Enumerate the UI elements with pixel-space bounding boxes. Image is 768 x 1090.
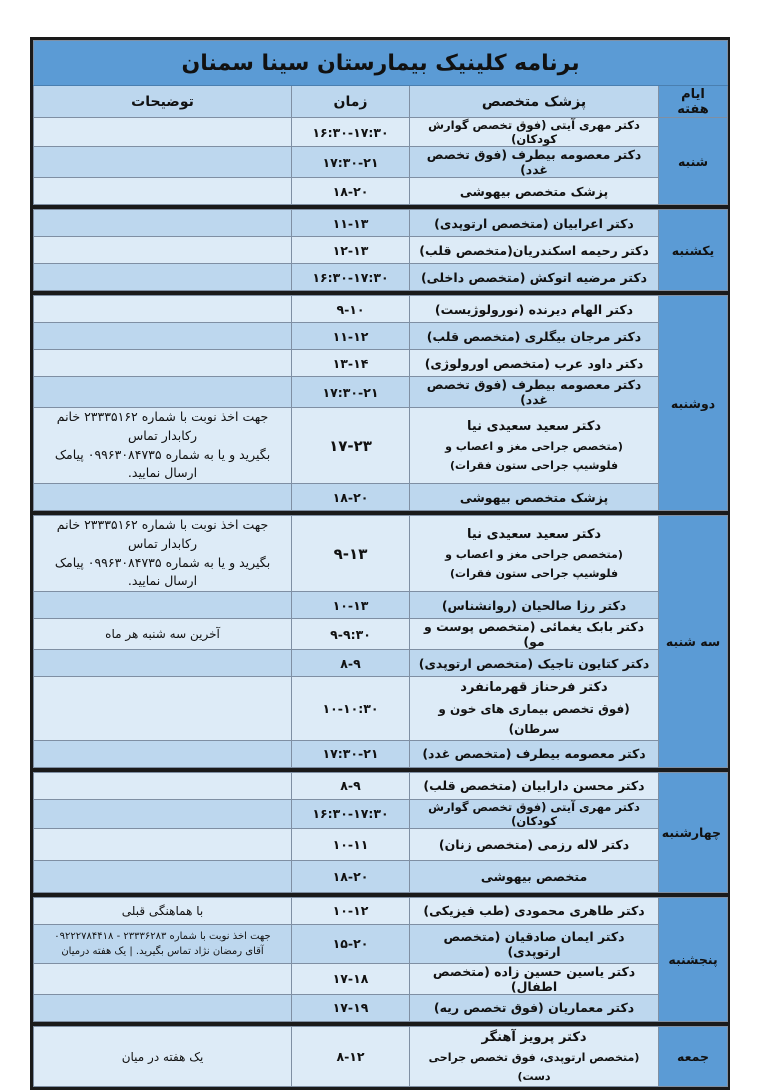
time-cell: ۱۰-۱۱	[292, 828, 410, 860]
doctor-specialty: فلوشیپ جراحی ستون فقرات)	[416, 457, 652, 476]
doctor-cell: دکتر الهام دیرنده (نورولوژیست)	[410, 296, 659, 323]
doctor-cell: دکتر معصومه بیطرف (فوق تخصص غدد)	[410, 147, 659, 178]
notes-line: بگیرید و یا به شماره ۰۹۹۶۳۰۸۴۷۳۵ پیامک ا…	[40, 554, 285, 592]
doctor-cell: دکتر معماریان (فوق تخصص ریه)	[410, 994, 659, 1021]
doctor-cell: پزشک متخصص بیهوشی	[410, 484, 659, 511]
doctor-cell: دکتر معصومه بیطرف (فوق تخصص غدد)	[410, 377, 659, 408]
notes-line: جهت اخذ نوبت با شماره ۲۳۳۳۵۱۶۲ خانم رکاب…	[40, 408, 285, 446]
time-cell: ۱۶:۳۰-۱۷:۳۰	[292, 264, 410, 291]
doctor-cell: دکتر کتایون تاجیک (متخصص ارتوپدی)	[410, 650, 659, 677]
table-row: دکتر یاسین حسین زاده (متخصص اطفال) ۱۷-۱۸	[34, 963, 728, 994]
doctor-cell: دکتر مهری آیتی (فوق تخصص گوارش کودکان)	[410, 118, 659, 147]
time-cell: ۱۷-۱۹	[292, 994, 410, 1021]
notes-cell	[34, 799, 292, 828]
table-row: دکتر سعید سعیدی نیا (متخصص جراحی مغز و ا…	[34, 408, 728, 484]
notes-cell	[34, 860, 292, 892]
notes-line: جهت اخذ نوبت با شماره ۲۳۳۳۵۱۶۲ خانم رکاب…	[40, 516, 285, 554]
doctor-cell: دکتر فرحناز قهرمانفرد (فوق تخصص بیماری ه…	[410, 677, 659, 741]
table-row: دکتر لاله رزمی (متخصص زنان) ۱۰-۱۱	[34, 828, 728, 860]
table-row: چهارشنبه دکتر محسن دارابیان (متخصص قلب) …	[34, 772, 728, 799]
doctor-cell: دکتر محسن دارابیان (متخصص قلب)	[410, 772, 659, 799]
doctor-cell: دکتر مرجان بیگلری (متخصص قلب)	[410, 323, 659, 350]
doctor-specialty: (متخصص جراحی مغز و اعصاب و	[416, 438, 652, 457]
notes-cell	[34, 178, 292, 205]
time-cell: ۱۷:۳۰-۲۱	[292, 377, 410, 408]
table-row: پزشک متخصص بیهوشی ۱۸-۲۰	[34, 178, 728, 205]
notes-cell	[34, 350, 292, 377]
time-cell: ۱۸-۲۰	[292, 178, 410, 205]
doctor-name: دکتر فرحناز قهرمانفرد	[416, 677, 652, 699]
time-cell: ۱۰-۱۲	[292, 897, 410, 924]
notes-cell: جهت اخذ نوبت با شماره ۲۳۳۳۶۲۸۳ - ۰۹۲۲۲۷۸…	[34, 924, 292, 963]
table-row: دکتر مرضیه اتوکش (متخصص داخلی) ۱۶:۳۰-۱۷:…	[34, 264, 728, 291]
notes-cell	[34, 377, 292, 408]
time-cell: ۱۳-۱۴	[292, 350, 410, 377]
day-wednesday: چهارشنبه	[659, 772, 728, 892]
doctor-specialty: (متخصص ارتوپدی، فوق تخصص جراحی دست)	[416, 1049, 652, 1086]
notes-cell	[34, 592, 292, 619]
notes-line: جهت اخذ نوبت با شماره ۲۳۳۳۶۲۸۳ - ۰۹۲۲۲۷۸…	[40, 929, 285, 944]
notes-cell	[34, 147, 292, 178]
notes-cell	[34, 828, 292, 860]
time-cell: ۹-۱۰	[292, 296, 410, 323]
time-cell: ۱۷:۳۰-۲۱	[292, 147, 410, 178]
notes-cell	[34, 650, 292, 677]
notes-cell	[34, 963, 292, 994]
notes-cell	[34, 210, 292, 237]
table-row: سه شنبه دکتر سعید سعیدی نیا (متخصص جراحی…	[34, 516, 728, 592]
time-cell: ۱۰-۱۳	[292, 592, 410, 619]
notes-cell	[34, 772, 292, 799]
doctor-cell: دکتر مهری آیتی (فوق تخصص گوارش کودکان)	[410, 799, 659, 828]
doctor-cell: دکتر سعید سعیدی نیا (متخصص جراحی مغز و ا…	[410, 408, 659, 484]
notes-cell	[34, 296, 292, 323]
time-cell: ۱۷:۳۰-۲۱	[292, 740, 410, 767]
notes-cell: یک هفته در میان	[34, 1026, 292, 1086]
doctor-cell: دکتر مرضیه اتوکش (متخصص داخلی)	[410, 264, 659, 291]
day-sunday: یکشنبه	[659, 210, 728, 291]
notes-cell: آخرین سه شنبه هر ماه	[34, 619, 292, 650]
doctor-cell: دکتر رزا صالحیان (روانشناس)	[410, 592, 659, 619]
header-day: ایام هفته	[659, 86, 728, 118]
header-doctor: پزشک متخصص	[410, 86, 659, 118]
table-row: پزشک متخصص بیهوشی ۱۸-۲۰	[34, 484, 728, 511]
time-cell: ۸-۱۲	[292, 1026, 410, 1086]
time-cell: ۱۰-۱۰:۳۰	[292, 677, 410, 741]
time-cell: ۱۷-۲۳	[292, 408, 410, 484]
time-cell: ۱۲-۱۳	[292, 237, 410, 264]
table-row: دوشنبه دکتر الهام دیرنده (نورولوژیست) ۹-…	[34, 296, 728, 323]
table-row: دکتر معماریان (فوق تخصص ریه) ۱۷-۱۹	[34, 994, 728, 1021]
doctor-cell: دکتر بابک یغمائی (متخصص پوست و مو)	[410, 619, 659, 650]
time-cell: ۱۸-۲۰	[292, 484, 410, 511]
time-cell: ۱۷-۱۸	[292, 963, 410, 994]
doctor-name: دکتر سعید سعیدی نیا	[416, 524, 652, 546]
table-row: شنبه دکتر مهری آیتی (فوق تخصص گوارش کودک…	[34, 118, 728, 147]
table-row: متخصص بیهوشی ۱۸-۲۰	[34, 860, 728, 892]
time-cell: ۸-۹	[292, 650, 410, 677]
notes-cell	[34, 484, 292, 511]
table-row: دکتر رزا صالحیان (روانشناس) ۱۰-۱۳	[34, 592, 728, 619]
notes-cell	[34, 677, 292, 741]
time-cell: ۹-۱۳	[292, 516, 410, 592]
header-time: زمان	[292, 86, 410, 118]
time-cell: ۹-۹:۳۰	[292, 619, 410, 650]
table-row: دکتر داود عرب (متخصص اورولوژی) ۱۳-۱۴	[34, 350, 728, 377]
time-cell: ۱۶:۳۰-۱۷:۳۰	[292, 799, 410, 828]
day-thursday: پنجشنبه	[659, 897, 728, 1021]
doctor-cell: دکتر ایمان صادقیان (متخصص ارتوپدی)	[410, 924, 659, 963]
doctor-cell: دکتر داود عرب (متخصص اورولوژی)	[410, 350, 659, 377]
doctor-cell: پزشک متخصص بیهوشی	[410, 178, 659, 205]
time-cell: ۱۸-۲۰	[292, 860, 410, 892]
time-cell: ۱۵-۲۰	[292, 924, 410, 963]
table-row: دکتر معصومه بیطرف (فوق تخصص غدد) ۱۷:۳۰-۲…	[34, 147, 728, 178]
notes-cell	[34, 740, 292, 767]
doctor-cell: دکتر سعید سعیدی نیا (متخصص جراحی مغز و ا…	[410, 516, 659, 592]
doctor-cell: دکتر یاسین حسین زاده (متخصص اطفال)	[410, 963, 659, 994]
header-notes: توضیحات	[34, 86, 292, 118]
doctor-cell: دکتر رحیمه اسکندریان(متخصص قلب)	[410, 237, 659, 264]
table-row: جمعه دکتر پرویز آهنگر (متخصص ارتوپدی، فو…	[34, 1026, 728, 1086]
page-title: برنامه کلینیک بیمارستان سینا سمنان	[34, 41, 728, 86]
doctor-cell: متخصص بیهوشی	[410, 860, 659, 892]
doctor-cell: دکتر اعرابیان (متخصص ارتوپدی)	[410, 210, 659, 237]
table-row: پنجشنبه دکتر طاهری محمودی (طب فیزیکی) ۱۰…	[34, 897, 728, 924]
notes-line: آقای رمضان نژاد تماس بگیرید. | یک هفته د…	[40, 944, 285, 959]
table-row: دکتر معصومه بیطرف (متخصص غدد) ۱۷:۳۰-۲۱	[34, 740, 728, 767]
table-row: دکتر فرحناز قهرمانفرد (فوق تخصص بیماری ه…	[34, 677, 728, 741]
day-friday: جمعه	[659, 1026, 728, 1086]
time-cell: ۸-۹	[292, 772, 410, 799]
notes-cell	[34, 118, 292, 147]
doctor-name: دکتر سعید سعیدی نیا	[416, 416, 652, 438]
notes-cell	[34, 264, 292, 291]
table-row: دکتر کتایون تاجیک (متخصص ارتوپدی) ۸-۹	[34, 650, 728, 677]
time-cell: ۱۱-۱۲	[292, 323, 410, 350]
notes-cell: جهت اخذ نوبت با شماره ۲۳۳۳۵۱۶۲ خانم رکاب…	[34, 516, 292, 592]
table-row: یکشنبه دکتر اعرابیان (متخصص ارتوپدی) ۱۱-…	[34, 210, 728, 237]
notes-cell: جهت اخذ نوبت با شماره ۲۳۳۳۵۱۶۲ خانم رکاب…	[34, 408, 292, 484]
doctor-cell: دکتر معصومه بیطرف (متخصص غدد)	[410, 740, 659, 767]
day-monday: دوشنبه	[659, 296, 728, 511]
notes-cell	[34, 323, 292, 350]
schedule-table: برنامه کلینیک بیمارستان سینا سمنان ایام …	[33, 40, 728, 1087]
doctor-cell: دکتر طاهری محمودی (طب فیزیکی)	[410, 897, 659, 924]
doctor-specialty: (فوق تخصص بیماری های خون و سرطان)	[416, 699, 652, 740]
table-row: دکتر مرجان بیگلری (متخصص قلب) ۱۱-۱۲	[34, 323, 728, 350]
table-row: دکتر معصومه بیطرف (فوق تخصص غدد) ۱۷:۳۰-۲…	[34, 377, 728, 408]
doctor-specialty: (متخصص جراحی مغز و اعصاب و	[416, 546, 652, 565]
notes-line: بگیرید و یا به شماره ۰۹۹۶۳۰۸۴۷۳۵ پیامک ا…	[40, 446, 285, 484]
doctor-specialty: فلوشیپ جراحی ستون فقرات)	[416, 565, 652, 584]
table-row: دکتر ایمان صادقیان (متخصص ارتوپدی) ۱۵-۲۰…	[34, 924, 728, 963]
day-tuesday: سه شنبه	[659, 516, 728, 768]
doctor-cell: دکتر پرویز آهنگر (متخصص ارتوپدی، فوق تخص…	[410, 1026, 659, 1086]
time-cell: ۱۶:۳۰-۱۷:۳۰	[292, 118, 410, 147]
notes-cell	[34, 237, 292, 264]
doctor-cell: دکتر لاله رزمی (متخصص زنان)	[410, 828, 659, 860]
table-row: دکتر رحیمه اسکندریان(متخصص قلب) ۱۲-۱۳	[34, 237, 728, 264]
doctor-name: دکتر پرویز آهنگر	[416, 1027, 652, 1049]
table-row: دکتر مهری آیتی (فوق تخصص گوارش کودکان) ۱…	[34, 799, 728, 828]
day-saturday: شنبه	[659, 118, 728, 205]
notes-cell	[34, 994, 292, 1021]
notes-cell: با هماهنگی قبلی	[34, 897, 292, 924]
clinic-schedule-sheet: برنامه کلینیک بیمارستان سینا سمنان ایام …	[30, 37, 730, 1090]
table-row: دکتر بابک یغمائی (متخصص پوست و مو) ۹-۹:۳…	[34, 619, 728, 650]
time-cell: ۱۱-۱۳	[292, 210, 410, 237]
